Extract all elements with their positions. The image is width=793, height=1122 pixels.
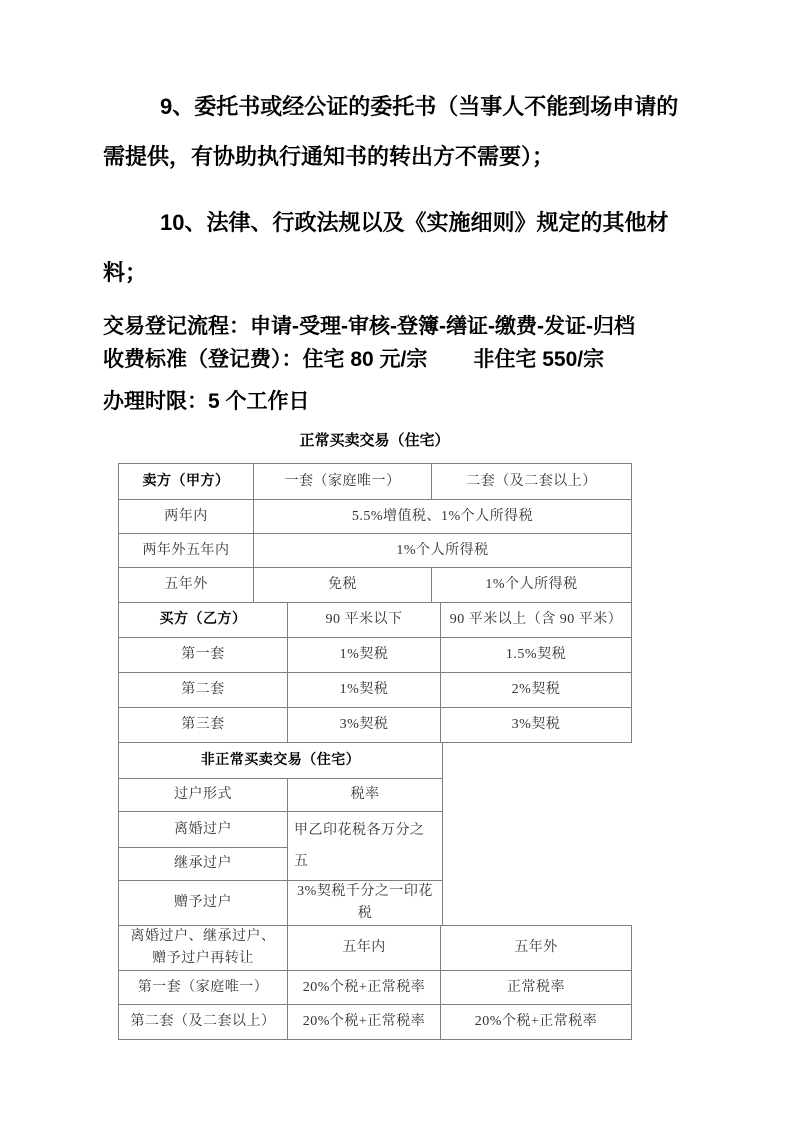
table-cell: 第二套 [119,673,288,708]
table-cell: 第一套 [119,638,288,673]
fee-residential-text: 收费标准（登记费）：住宅 80 元/宗 [103,348,427,371]
document-content: 9、委托书或经公证的委托书（当事人不能到场申请的需提供，有协助执行通知书的转出方… [0,0,689,1040]
table-cell: 1.5%契税 [441,638,632,673]
table-row: 第二套 1%契税 2%契税 [119,673,632,708]
table-cell: 第三套 [119,708,288,743]
table-cell: 1%契税 [288,673,441,708]
table-header-cell: 五年外 [441,926,632,971]
table-cell: 20%个税+正常税率 [288,971,441,1005]
table-cell: 第二套（及二套以上） [119,1005,288,1040]
table-cell: 2%契税 [441,673,632,708]
table-row: 过户形式 税率 [119,779,443,812]
paragraph-item-9: 9、委托书或经公证的委托书（当事人不能到场申请的需提供，有协助执行通知书的转出方… [103,82,689,182]
paragraph-fee: 收费标准（登记费）：住宅 80 元/宗非住宅 550/宗 [103,344,689,375]
table-cell: 20%个税+正常税率 [441,1005,632,1040]
table-cell: 5.5%增值税、1%个人所得税 [254,500,632,534]
seller-header-cell: 卖方（甲方） [119,464,254,500]
table-row: 离婚过户、继承过户、赠予过户再转让 五年内 五年外 [119,926,632,971]
buyer-header-cell: 买方（乙方） [119,603,288,638]
paragraph-deadline: 办理时限：5 个工作日 [103,386,689,417]
paragraph-item-10: 10、法律、行政法规以及《实施细则》规定的其他材料； [103,198,689,298]
table-row: 第二套（及二套以上） 20%个税+正常税率 20%个税+正常税率 [119,1005,632,1040]
table-row: 两年外五年内 1%个人所得税 [119,534,632,568]
table-cell: 甲乙印花税各万分之五 [288,812,443,881]
fee-non-residential-text: 非住宅 550/宗 [473,348,604,371]
table-header-cell: 离婚过户、继承过户、赠予过户再转让 [119,926,288,971]
table-cell: 免税 [254,568,432,603]
table-cell: 第一套（家庭唯一） [119,971,288,1005]
table-cell: 1%个人所得税 [254,534,632,568]
buyer-section-table: 买方（乙方） 90 平米以下 90 平米以上（含 90 平米） 第一套 1%契税… [118,602,632,743]
table-cell: 赠予过户 [119,881,288,926]
abnormal-title-cell: 非正常买卖交易（住宅） [119,743,443,779]
table-row: 非正常买卖交易（住宅） [119,743,443,779]
table-cell: 五年外 [119,568,254,603]
table-row: 第一套（家庭唯一） 20%个税+正常税率 正常税率 [119,971,632,1005]
table-cell: 20%个税+正常税率 [288,1005,441,1040]
table-row: 第三套 3%契税 3%契税 [119,708,632,743]
table-header-cell: 二套（及二套以上） [432,464,632,500]
seller-section-table: 卖方（甲方） 一套（家庭唯一） 二套（及二套以上） 两年内 5.5%增值税、1%… [118,463,632,603]
table-header-cell: 过户形式 [119,779,288,812]
table-header-cell: 90 平米以上（含 90 平米） [441,603,632,638]
table-header-cell: 税率 [288,779,443,812]
table-cell: 3%契税 [288,708,441,743]
transaction-table: 正常买卖交易（住宅） 卖方（甲方） 一套（家庭唯一） 二套（及二套以上） 两年内… [118,431,632,1040]
table-header-cell: 五年内 [288,926,441,971]
table-row: 五年外 免税 1%个人所得税 [119,568,632,603]
table-row: 两年内 5.5%增值税、1%个人所得税 [119,500,632,534]
document-page: 9、委托书或经公证的委托书（当事人不能到场申请的需提供，有协助执行通知书的转出方… [0,0,793,1122]
paragraph-process: 交易登记流程：申请-受理-审核-登簿-缮证-缴费-发证-归档 [103,311,689,342]
table-title: 正常买卖交易（住宅） [118,431,631,451]
table-row: 卖方（甲方） 一套（家庭唯一） 二套（及二套以上） [119,464,632,500]
table-cell: 1%契税 [288,638,441,673]
table-cell: 离婚过户 [119,812,288,848]
resale-section-table: 离婚过户、继承过户、赠予过户再转让 五年内 五年外 第一套（家庭唯一） 20%个… [118,925,632,1040]
table-cell: 3%契税 [441,708,632,743]
abnormal-section-table: 非正常买卖交易（住宅） 过户形式 税率 离婚过户 甲乙印花税各万分之五 继承过户… [118,742,443,926]
table-cell: 两年内 [119,500,254,534]
table-row: 第一套 1%契税 1.5%契税 [119,638,632,673]
table-header-cell: 90 平米以下 [288,603,441,638]
table-header-cell: 一套（家庭唯一） [254,464,432,500]
table-row: 离婚过户 甲乙印花税各万分之五 [119,812,443,848]
table-cell: 继承过户 [119,848,288,881]
table-cell: 两年外五年内 [119,534,254,568]
table-cell: 1%个人所得税 [432,568,632,603]
table-row: 赠予过户 3%契税千分之一印花税 [119,881,443,926]
table-cell: 3%契税千分之一印花税 [288,881,443,926]
table-row: 买方（乙方） 90 平米以下 90 平米以上（含 90 平米） [119,603,632,638]
table-cell: 正常税率 [441,971,632,1005]
